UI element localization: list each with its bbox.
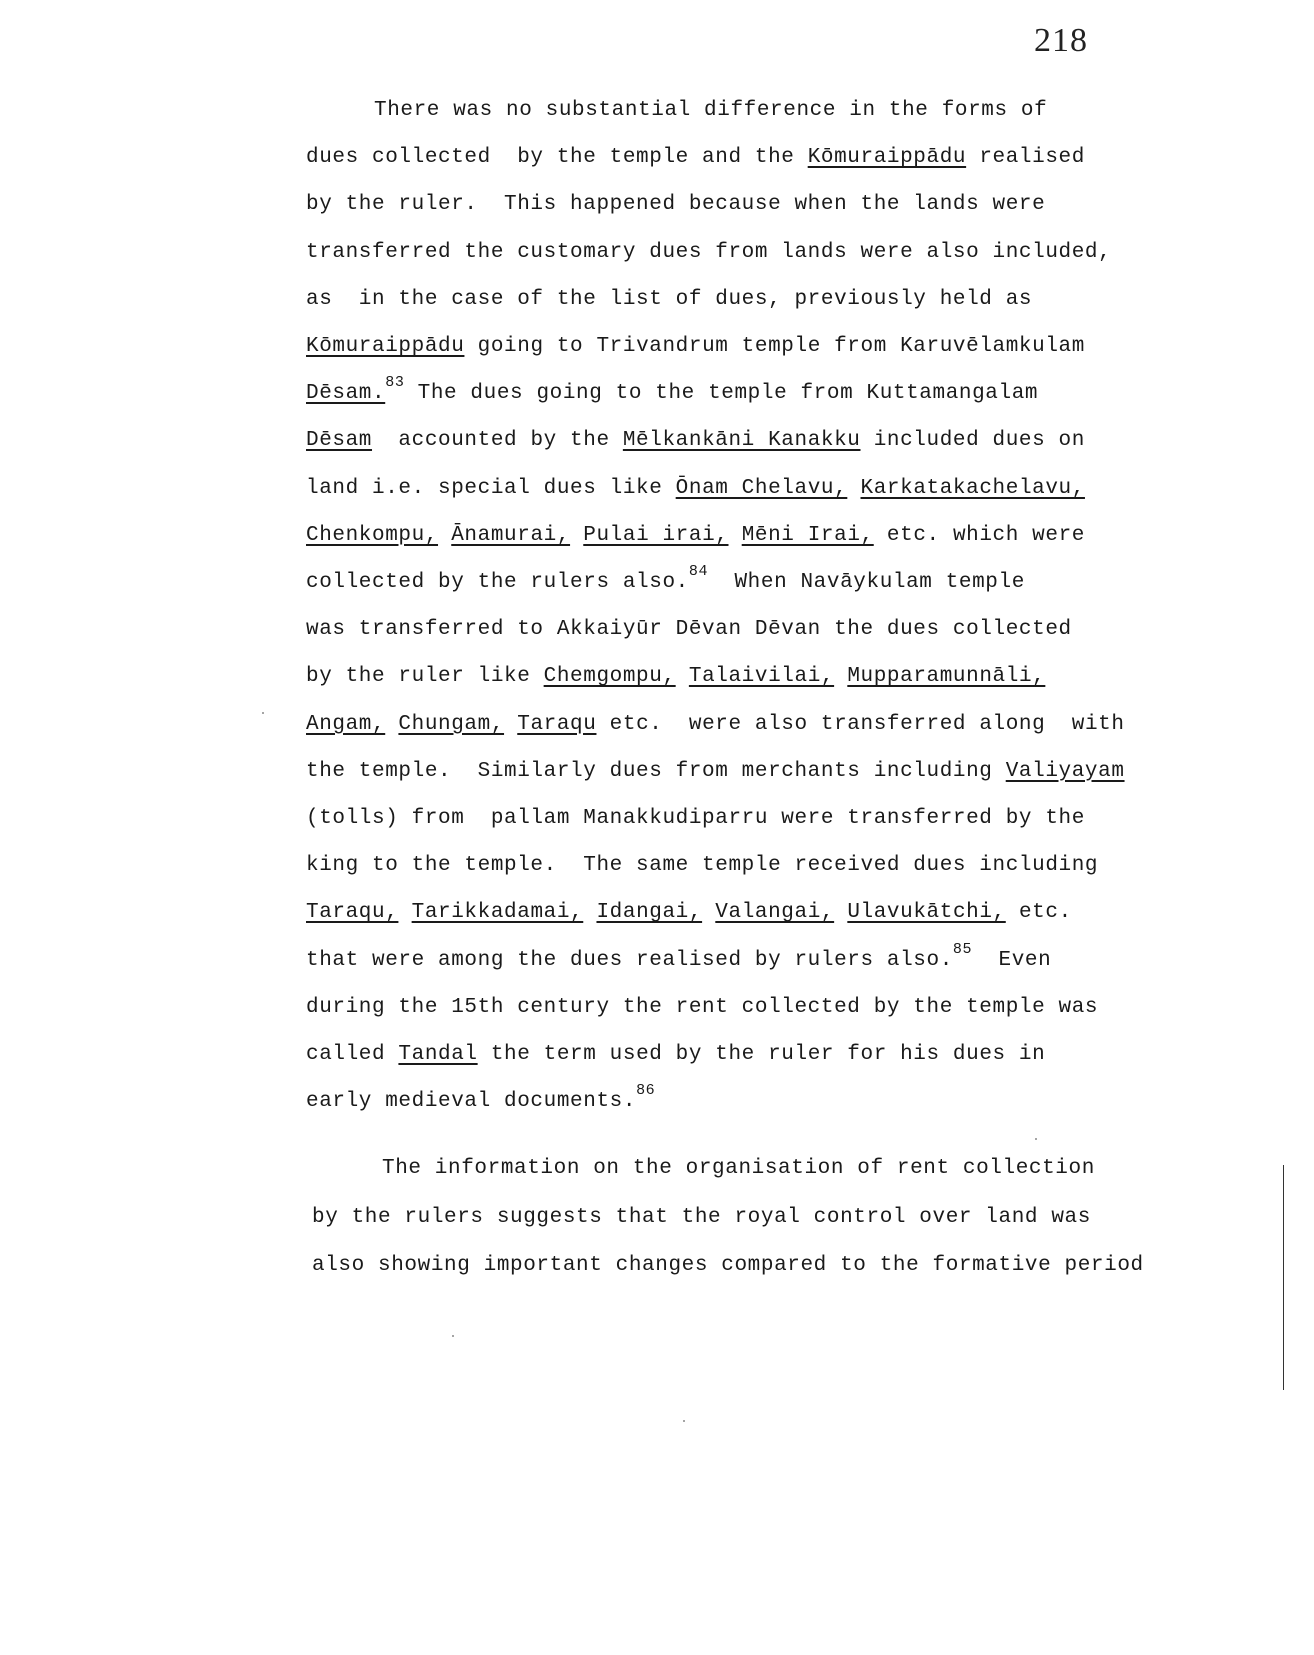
text-run: (tolls) from pallam Manakkudiparru were … — [306, 807, 1085, 830]
underlined-term: Mēlkankāni Kanakku — [623, 429, 861, 452]
text-line: called Tandal the term used by the ruler… — [306, 1044, 1045, 1065]
underlined-term: Talaivilai, — [689, 665, 834, 688]
text-line: dues collected by the temple and the Kōm… — [306, 147, 1085, 168]
text-run: realised — [966, 146, 1085, 169]
footnote-marker: 85 — [953, 941, 972, 958]
text-run — [504, 713, 517, 736]
text-run: the temple. Similarly dues from merchant… — [306, 760, 1006, 783]
text-run: etc. which were — [874, 524, 1085, 547]
underlined-term: Taraqu, — [306, 901, 398, 924]
text-run: that were among the dues realised by rul… — [306, 949, 953, 972]
margin-rule — [1283, 1165, 1284, 1390]
text-run: the term used by the ruler for his dues … — [478, 1043, 1046, 1066]
underlined-term: Chenkompu, — [306, 524, 438, 547]
text-line: (tolls) from pallam Manakkudiparru were … — [306, 808, 1085, 829]
text-run: by the ruler like — [306, 665, 544, 688]
text-run: early medieval documents. — [306, 1090, 636, 1113]
text-run — [398, 901, 411, 924]
underlined-term: Chungam, — [398, 713, 504, 736]
text-run — [834, 901, 847, 924]
text-run — [834, 665, 847, 688]
text-line: by the ruler. This happened because when… — [306, 194, 1045, 215]
text-line: The information on the organisation of r… — [382, 1158, 1095, 1179]
text-line: Taraqu, Tarikkadamai, Idangai, Valangai,… — [306, 902, 1072, 923]
underlined-term: Valiyayam — [1006, 760, 1125, 783]
scan-speck — [1035, 1138, 1037, 1140]
text-run: during the 15th century the rent collect… — [306, 996, 1098, 1019]
text-line: king to the temple. The same temple rece… — [306, 855, 1098, 876]
text-run: king to the temple. The same temple rece… — [306, 854, 1098, 877]
text-run: land i.e. special dues like — [306, 477, 676, 500]
underlined-term: Ulavukātchi, — [847, 901, 1005, 924]
underlined-term: Karkatakachelavu, — [861, 477, 1085, 500]
underlined-term: Ōnam Chelavu, — [676, 477, 848, 500]
text-run: collected by the rulers also. — [306, 571, 689, 594]
text-run: etc. — [1006, 901, 1072, 924]
underlined-term: Tandal — [398, 1043, 477, 1066]
text-line: early medieval documents.86 — [306, 1091, 655, 1112]
underlined-term: Taraqu — [517, 713, 596, 736]
text-line: by the ruler like Chemgompu, Talaivilai,… — [306, 666, 1045, 687]
text-run: by the ruler. This happened because when… — [306, 193, 1045, 216]
text-line: as in the case of the list of dues, prev… — [306, 289, 1032, 310]
underlined-term: Mupparamunnāli, — [847, 665, 1045, 688]
text-line: Dēsam.83 The dues going to the temple fr… — [306, 383, 1038, 404]
footnote-marker: 83 — [385, 374, 404, 391]
text-run — [702, 901, 715, 924]
scan-speck — [683, 1420, 685, 1422]
underlined-term: Chemgompu, — [544, 665, 676, 688]
underlined-term: Angam, — [306, 713, 385, 736]
text-run: called — [306, 1043, 398, 1066]
text-line: by the rulers suggests that the royal co… — [312, 1207, 1091, 1228]
text-run: also showing important changes compared … — [312, 1254, 1144, 1277]
text-line: Chenkompu, Ānamurai, Pulai irai, Mēni Ir… — [306, 525, 1085, 546]
text-run: Even — [972, 949, 1051, 972]
text-run — [438, 524, 451, 547]
text-run: When Navāykulam temple — [708, 571, 1025, 594]
text-line: during the 15th century the rent collect… — [306, 997, 1098, 1018]
text-line: land i.e. special dues like Ōnam Chelavu… — [306, 478, 1085, 499]
underlined-term: Idangai, — [596, 901, 702, 924]
text-run: The dues going to the temple from Kuttam… — [404, 382, 1038, 405]
footnote-marker: 84 — [689, 563, 708, 580]
underlined-term: Mēni Irai, — [742, 524, 874, 547]
text-line: collected by the rulers also.84 When Nav… — [306, 572, 1025, 593]
underlined-term: Pulai irai, — [583, 524, 728, 547]
text-run — [583, 901, 596, 924]
scan-speck — [262, 712, 264, 714]
page-number: 218 — [1034, 22, 1088, 60]
text-run — [847, 477, 860, 500]
text-run: There was no substantial difference in t… — [374, 99, 1047, 122]
text-run: etc. were also transferred along with — [596, 713, 1124, 736]
text-line: was transferred to Akkaiyūr Dēvan Dēvan … — [306, 619, 1072, 640]
text-run: accounted by the — [372, 429, 623, 452]
text-run: as in the case of the list of dues, prev… — [306, 288, 1032, 311]
text-line: Kōmuraippādu going to Trivandrum temple … — [306, 336, 1085, 357]
footnote-marker: 86 — [636, 1082, 655, 1099]
text-run — [729, 524, 742, 547]
text-run: included dues on — [861, 429, 1085, 452]
underlined-term: Valangai, — [715, 901, 834, 924]
underlined-term: Kōmuraippādu — [306, 335, 464, 358]
underlined-term: Dēsam. — [306, 382, 385, 405]
text-line: also showing important changes compared … — [312, 1255, 1144, 1276]
underlined-term: Ānamurai, — [451, 524, 570, 547]
text-line: that were among the dues realised by rul… — [306, 950, 1051, 971]
text-run — [676, 665, 689, 688]
underlined-term: Dēsam — [306, 429, 372, 452]
text-run — [385, 713, 398, 736]
text-run — [570, 524, 583, 547]
underlined-term: Kōmuraippādu — [808, 146, 966, 169]
text-line: There was no substantial difference in t… — [374, 100, 1047, 121]
text-run: The information on the organisation of r… — [382, 1157, 1095, 1180]
text-run: was transferred to Akkaiyūr Dēvan Dēvan … — [306, 618, 1072, 641]
text-line: transferred the customary dues from land… — [306, 242, 1111, 263]
scan-speck — [452, 1335, 454, 1337]
text-run: transferred the customary dues from land… — [306, 241, 1111, 264]
text-run: going to Trivandrum temple from Karuvēla… — [464, 335, 1085, 358]
text-run: by the rulers suggests that the royal co… — [312, 1206, 1091, 1229]
text-line: the temple. Similarly dues from merchant… — [306, 761, 1125, 782]
underlined-term: Tarikkadamai, — [412, 901, 584, 924]
text-line: Dēsam accounted by the Mēlkankāni Kanakk… — [306, 430, 1085, 451]
text-run: dues collected by the temple and the — [306, 146, 808, 169]
text-line: Angam, Chungam, Taraqu etc. were also tr… — [306, 714, 1125, 735]
